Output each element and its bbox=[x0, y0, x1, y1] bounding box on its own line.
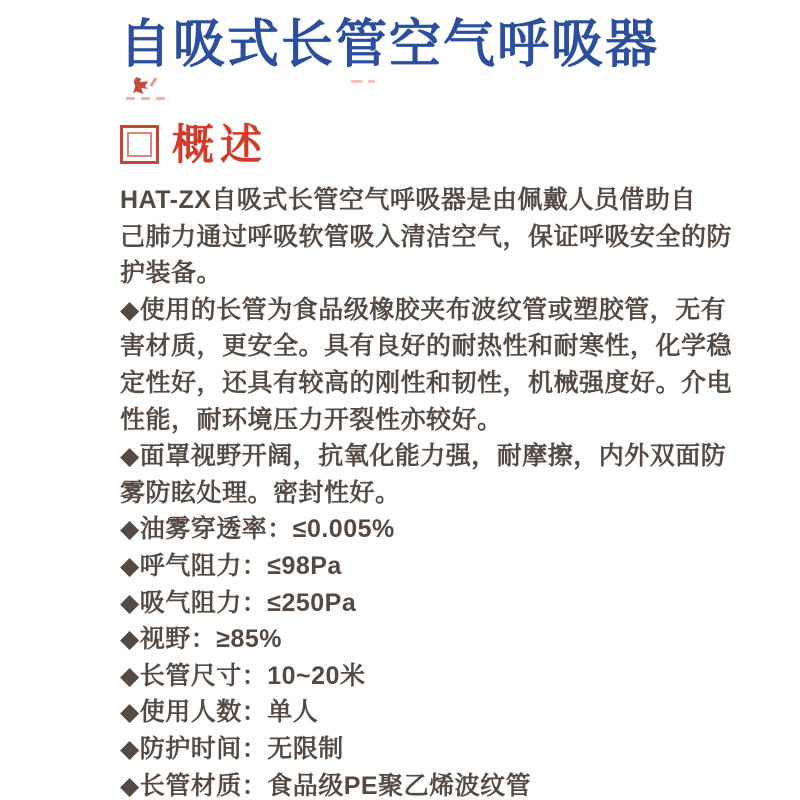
text-line: ◆油雾穿透率：≤0.005% bbox=[120, 511, 705, 548]
text-line: ◆使用人数：单人 bbox=[120, 694, 705, 731]
text-line: ◆吸气阻力：≤250Pa bbox=[120, 585, 705, 622]
text-line: ◆长管尺寸：10~20米 bbox=[120, 658, 705, 695]
text-line: ◆防护时间：无限制 bbox=[120, 731, 705, 768]
red-print-artifact-tick bbox=[150, 77, 158, 87]
section-title: 概述 bbox=[172, 121, 268, 168]
red-print-artifact-dashes bbox=[126, 97, 165, 100]
text-line: 害材质，更安全。具有良好的耐热性和耐寒性，化学稳 bbox=[120, 328, 705, 365]
text-line: 定性好，还具有较高的刚性和韧性，机械强度好。介电 bbox=[120, 365, 705, 402]
artifact-dash bbox=[368, 80, 375, 83]
text-line: ◆使用的长管为食品级橡胶夹布波纹管或塑胶管，无有 bbox=[120, 292, 705, 329]
double-square-icon-inner bbox=[127, 132, 152, 157]
section-header-overview: 概述 bbox=[120, 121, 268, 168]
text-line: 性能，耐环境压力开裂性亦较好。 bbox=[120, 402, 705, 439]
text-line: ◆长管材质：食品级PE聚乙烯波纹管 bbox=[120, 768, 705, 800]
red-print-artifact-dashes-right bbox=[351, 80, 375, 83]
red-print-artifact-blob bbox=[133, 77, 148, 94]
text-line: HAT-ZX自吸式长管空气呼吸器是由佩戴人员借助自 bbox=[120, 182, 705, 219]
overview-text-block: HAT-ZX自吸式长管空气呼吸器是由佩戴人员借助自己肺力通过呼吸软管吸入清洁空气… bbox=[120, 182, 705, 800]
page-title: 自吸式长管空气呼吸器 bbox=[119, 16, 659, 74]
artifact-dash bbox=[126, 97, 135, 100]
text-line: ◆呼气阻力：≤98Pa bbox=[120, 548, 705, 585]
artifact-dash bbox=[156, 97, 165, 100]
text-line: 护装备。 bbox=[120, 255, 705, 292]
artifact-dash bbox=[141, 97, 150, 100]
artifact-dash bbox=[351, 80, 363, 83]
text-line: 雾防眩处理。密封性好。 bbox=[120, 475, 705, 512]
double-square-icon bbox=[120, 125, 159, 164]
text-line: ◆面罩视野开阔，抗氧化能力强，耐摩擦，内外双面防 bbox=[120, 438, 705, 475]
text-line: ◆视野：≥85% bbox=[120, 621, 705, 658]
text-line: 己肺力通过呼吸软管吸入清洁空气，保证呼吸安全的防 bbox=[120, 219, 705, 256]
document-page: { "page": { "background": "#ffffff" }, "… bbox=[0, 0, 800, 800]
